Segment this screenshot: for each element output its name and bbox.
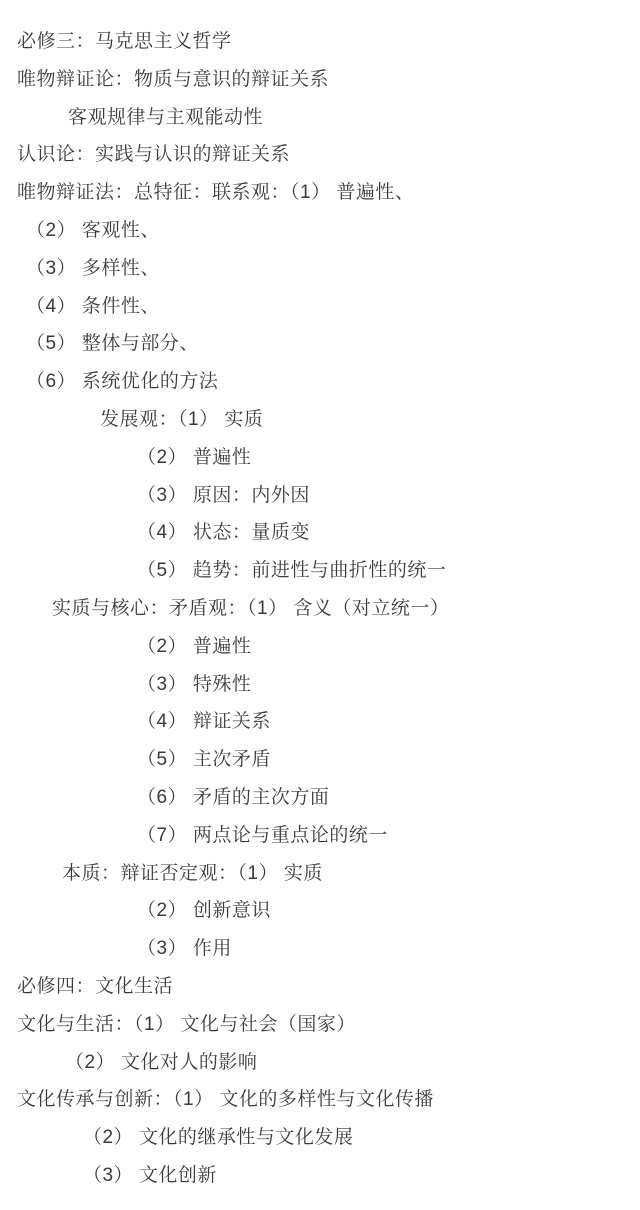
text-line: 实质与核心：矛盾观：（1） 含义（对立统一）	[0, 590, 640, 628]
text-line: （4） 条件性、	[0, 288, 640, 326]
text-line: 客观规律与主观能动性	[0, 99, 640, 137]
document-page: 必修三：马克思主义哲学唯物辩证论：物质与意识的辩证关系客观规律与主观能动性认识论…	[0, 0, 640, 1210]
text-line: （4） 状态：量质变	[0, 514, 640, 552]
text-line: 本质：辩证否定观：（1） 实质	[0, 855, 640, 893]
text-line: （2） 创新意识	[0, 892, 640, 930]
text-line: （2） 文化对人的影响	[0, 1044, 640, 1082]
text-line: 文化传承与创新：（1） 文化的多样性与文化传播	[0, 1081, 640, 1119]
document-lines: 必修三：马克思主义哲学唯物辩证论：物质与意识的辩证关系客观规律与主观能动性认识论…	[0, 0, 640, 1195]
text-line: 必修四：文化生活	[0, 968, 640, 1006]
text-line: 文化与生活：（1） 文化与社会（国家）	[0, 1006, 640, 1044]
text-line: （7） 两点论与重点论的统一	[0, 817, 640, 855]
text-line: （5） 主次矛盾	[0, 741, 640, 779]
text-line: 唯物辩证法：总特征：联系观：（1） 普遍性、	[0, 174, 640, 212]
text-line: 唯物辩证论：物质与意识的辩证关系	[0, 61, 640, 99]
text-line: （3） 特殊性	[0, 666, 640, 704]
text-line: （5） 整体与部分、	[0, 325, 640, 363]
text-line: 发展观：（1） 实质	[0, 401, 640, 439]
text-line: （6） 系统优化的方法	[0, 363, 640, 401]
text-line: （3） 作用	[0, 930, 640, 968]
text-line: （2） 普遍性	[0, 628, 640, 666]
text-line: （2） 普遍性	[0, 439, 640, 477]
text-line: （4） 辩证关系	[0, 703, 640, 741]
text-line: （2） 客观性、	[0, 212, 640, 250]
text-line: （5） 趋势：前进性与曲折性的统一	[0, 552, 640, 590]
text-line: （3） 多样性、	[0, 250, 640, 288]
text-line: （6） 矛盾的主次方面	[0, 779, 640, 817]
text-line: （2） 文化的继承性与文化发展	[0, 1119, 640, 1157]
text-line: 认识论：实践与认识的辩证关系	[0, 136, 640, 174]
text-line: （3） 文化创新	[0, 1157, 640, 1195]
text-line: 必修三：马克思主义哲学	[0, 23, 640, 61]
text-line: （3） 原因：内外因	[0, 477, 640, 515]
